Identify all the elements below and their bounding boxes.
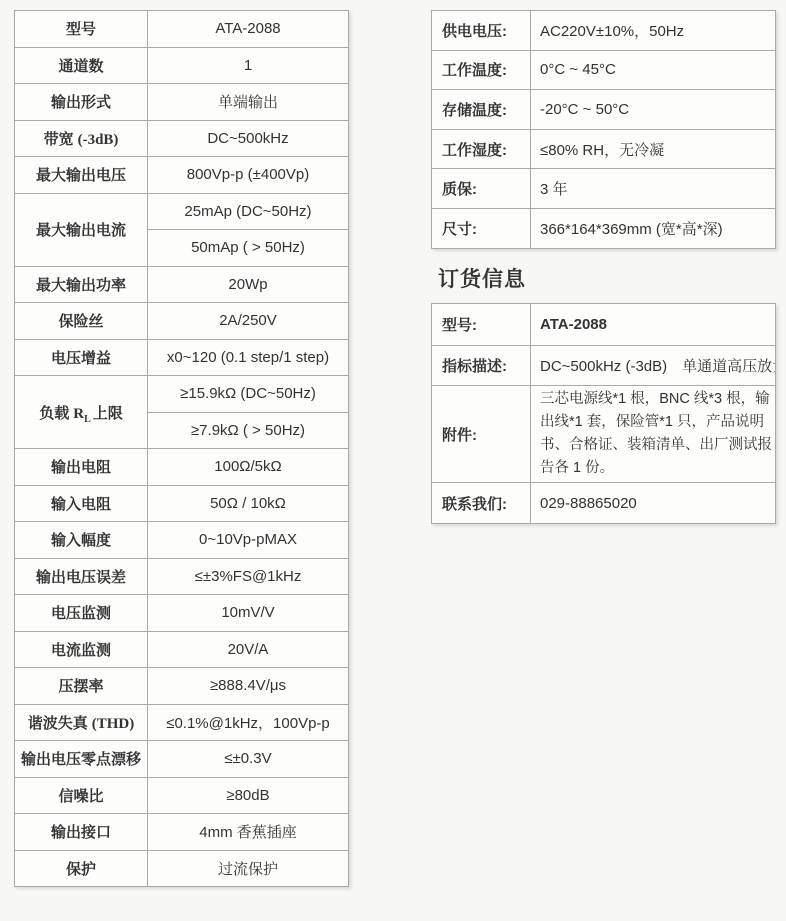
spec-label: 电流监测	[15, 631, 148, 668]
spec-value: 50mAp ( > 50Hz)	[148, 230, 349, 267]
spec-label: 输出接口	[15, 814, 148, 851]
table-row: 质保: 3 年	[432, 169, 776, 209]
order-accessories-value: 三芯电源线*1 根，BNC 线*3 根，输出线*1 套，保险管*1 只，产品说明…	[531, 386, 776, 483]
spec-value: 50Ω / 10kΩ	[148, 485, 349, 522]
table-row: 带宽(-3dB) DC~500kHz	[15, 120, 349, 157]
spec-label: 带宽(-3dB)	[15, 120, 148, 157]
spec-label-zh: 谐波失真	[28, 715, 88, 732]
table-row: 最大输出电压 800Vp-p (±400Vp)	[15, 157, 349, 194]
spec-label: 谐波失真(THD)	[15, 704, 148, 741]
env-value: AC220V±10%，50Hz	[531, 11, 776, 51]
table-row: 谐波失真(THD) ≤0.1%@1kHz，100Vp-p	[15, 704, 349, 741]
spec-label: 型号	[15, 11, 148, 48]
spec-label: 输出电压零点漂移	[15, 741, 148, 778]
table-row: 输出形式 单端输出	[15, 84, 349, 121]
ordering-table: 型号: ATA-2088 指标描述: DC~500kHz (-3dB) 单通道高…	[431, 303, 776, 524]
spec-label: 保护	[15, 850, 148, 887]
spec-value: ATA-2088	[148, 11, 349, 48]
table-row: 负载RL上限 ≥15.9kΩ (DC~50Hz)	[15, 376, 349, 413]
table-row: 最大输出功率 20Wp	[15, 266, 349, 303]
spec-label-pre: 负载	[39, 405, 69, 422]
spec-label: 通道数	[15, 47, 148, 84]
spec-value: 4mm 香蕉插座	[148, 814, 349, 851]
table-row: 最大输出电流 25mAp (DC~50Hz)	[15, 193, 349, 230]
spec-value: ≤0.1%@1kHz，100Vp-p	[148, 704, 349, 741]
table-row: 信噪比 ≥80dB	[15, 777, 349, 814]
spec-label: 负载RL上限	[15, 376, 148, 449]
spec-value: 100Ω/5kΩ	[148, 449, 349, 486]
table-row: 电压增益 x0~120 (0.1 step/1 step)	[15, 339, 349, 376]
ordering-info-heading: 订货信息	[438, 263, 526, 293]
spec-value: 过流保护	[148, 850, 349, 887]
env-label: 工作温度:	[432, 50, 531, 90]
table-row: 尺寸: 366*164*369mm (宽*高*深)	[432, 208, 776, 248]
table-row: 附件: 三芯电源线*1 根，BNC 线*3 根，输出线*1 套，保险管*1 只，…	[432, 386, 776, 483]
spec-label-zh: 带宽	[44, 131, 74, 148]
table-row: 电流监测 20V/A	[15, 631, 349, 668]
spec-value: ≥15.9kΩ (DC~50Hz)	[148, 376, 349, 413]
table-row: 联系我们: 029-88865020	[432, 483, 776, 524]
spec-value: 25mAp (DC~50Hz)	[148, 193, 349, 230]
spec-label: 输出形式	[15, 84, 148, 121]
spec-value: ≤±3%FS@1kHz	[148, 558, 349, 595]
table-row: 输入电阻 50Ω / 10kΩ	[15, 485, 349, 522]
order-label: 指标描述:	[432, 346, 531, 386]
spec-value: ≤±0.3V	[148, 741, 349, 778]
spec-value: DC~500kHz	[148, 120, 349, 157]
spec-value: 20Wp	[148, 266, 349, 303]
env-label: 存储温度:	[432, 90, 531, 130]
spec-value: 2A/250V	[148, 303, 349, 340]
table-row: 通道数 1	[15, 47, 349, 84]
env-label: 尺寸:	[432, 208, 531, 248]
order-model-value: ATA-2088	[531, 304, 776, 346]
table-row: 输出电压误差 ≤±3%FS@1kHz	[15, 558, 349, 595]
spec-label: 保险丝	[15, 303, 148, 340]
table-row: 电压监测 10mV/V	[15, 595, 349, 632]
spec-value: ≥80dB	[148, 777, 349, 814]
spec-value: x0~120 (0.1 step/1 step)	[148, 339, 349, 376]
env-value: 0°C ~ 45°C	[531, 50, 776, 90]
env-value: 366*164*369mm (宽*高*深)	[531, 208, 776, 248]
spec-label: 最大输出功率	[15, 266, 148, 303]
environment-table: 供电电压: AC220V±10%，50Hz 工作温度: 0°C ~ 45°C 存…	[431, 10, 776, 249]
spec-sheet-page: 型号 ATA-2088 通道数 1 输出形式 单端输出 带宽(-3dB) DC~…	[0, 0, 786, 921]
spec-value: 20V/A	[148, 631, 349, 668]
spec-label: 电压增益	[15, 339, 148, 376]
spec-label-symbol: R	[73, 406, 84, 422]
table-row: 型号 ATA-2088	[15, 11, 349, 48]
table-row: 输出电压零点漂移 ≤±0.3V	[15, 741, 349, 778]
spec-label: 输出电阻	[15, 449, 148, 486]
spec-value: ≥888.4V/μs	[148, 668, 349, 705]
table-row: 输出电阻 100Ω/5kΩ	[15, 449, 349, 486]
table-row: 保险丝 2A/250V	[15, 303, 349, 340]
table-row: 输入幅度 0~10Vp-pMAX	[15, 522, 349, 559]
spec-value: 1	[148, 47, 349, 84]
spec-label: 信噪比	[15, 777, 148, 814]
env-value: 3 年	[531, 169, 776, 209]
order-description-value: DC~500kHz (-3dB) 单通道高压放大器	[531, 346, 776, 386]
table-row: 工作湿度: ≤80% RH，无冷凝	[432, 129, 776, 169]
spec-value: ≥7.9kΩ ( > 50Hz)	[148, 412, 349, 449]
env-value: -20°C ~ 50°C	[531, 90, 776, 130]
spec-label: 最大输出电压	[15, 157, 148, 194]
spec-label: 最大输出电流	[15, 193, 148, 266]
spec-label-latin: (THD)	[92, 716, 135, 732]
table-row: 保护 过流保护	[15, 850, 349, 887]
spec-label: 输出电压误差	[15, 558, 148, 595]
spec-label-latin: (-3dB)	[78, 132, 119, 148]
spec-value: 800Vp-p (±400Vp)	[148, 157, 349, 194]
table-row: 型号: ATA-2088	[432, 304, 776, 346]
order-label: 联系我们:	[432, 483, 531, 524]
env-label: 工作湿度:	[432, 129, 531, 169]
env-label: 质保:	[432, 169, 531, 209]
table-row: 压摆率 ≥888.4V/μs	[15, 668, 349, 705]
spec-label: 输入幅度	[15, 522, 148, 559]
table-row: 输出接口 4mm 香蕉插座	[15, 814, 349, 851]
table-row: 供电电压: AC220V±10%，50Hz	[432, 11, 776, 51]
spec-label-subscript: L	[84, 414, 91, 425]
spec-label: 输入电阻	[15, 485, 148, 522]
spec-label: 电压监测	[15, 595, 148, 632]
spec-value: 单端输出	[148, 84, 349, 121]
spec-value: 0~10Vp-pMAX	[148, 522, 349, 559]
order-contact-value: 029-88865020	[531, 483, 776, 524]
spec-value: 10mV/V	[148, 595, 349, 632]
spec-label: 压摆率	[15, 668, 148, 705]
order-label: 型号:	[432, 304, 531, 346]
spec-table: 型号 ATA-2088 通道数 1 输出形式 单端输出 带宽(-3dB) DC~…	[14, 10, 349, 887]
table-row: 存储温度: -20°C ~ 50°C	[432, 90, 776, 130]
table-row: 工作温度: 0°C ~ 45°C	[432, 50, 776, 90]
table-row: 指标描述: DC~500kHz (-3dB) 单通道高压放大器	[432, 346, 776, 386]
env-value: ≤80% RH，无冷凝	[531, 129, 776, 169]
order-label: 附件:	[432, 386, 531, 483]
spec-label-post: 上限	[93, 405, 123, 422]
env-label: 供电电压:	[432, 11, 531, 51]
